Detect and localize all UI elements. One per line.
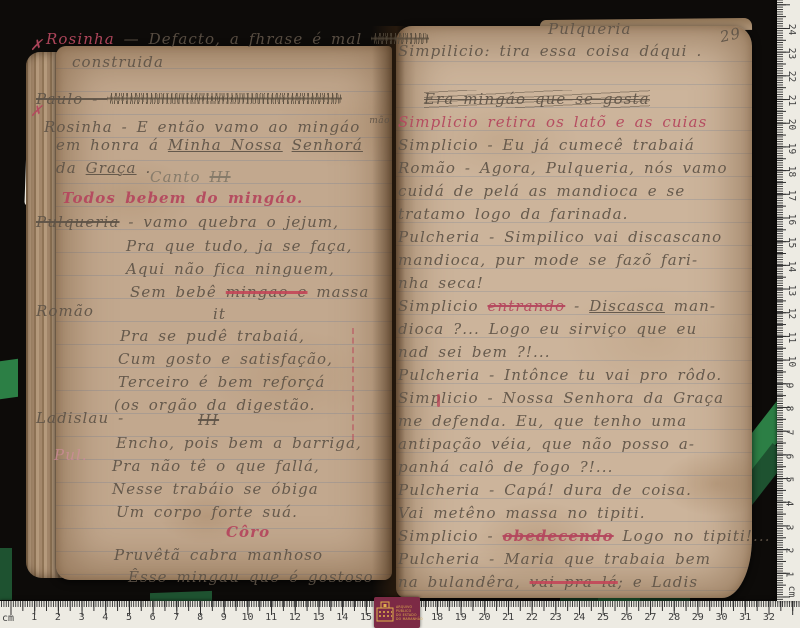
handwriting-text: Pul. bbox=[54, 446, 88, 464]
ruler-number: 3 bbox=[783, 524, 794, 530]
ruler-number: 4 bbox=[102, 612, 108, 623]
manuscript-line: Romão bbox=[36, 302, 94, 320]
manuscript-line: Era mingáo que se gosta bbox=[424, 90, 650, 108]
handwriting-text: Pra não tê o que fallá, bbox=[112, 457, 320, 475]
handwriting-text: Pulcheria - Intônce tu vai pro rôdo. bbox=[398, 366, 722, 384]
ruler-number: 27 bbox=[644, 612, 656, 623]
ruler-number: 6 bbox=[150, 612, 156, 623]
handwriting-text: Nesse trabáio se óbiga bbox=[112, 480, 319, 498]
manuscript-line: Pruvêtã cabra manhoso bbox=[114, 546, 323, 564]
ruler-number: 19 bbox=[786, 142, 797, 153]
handwriting-text: mingao e bbox=[226, 283, 308, 301]
manuscript-line: Simplicio retira os latõ e as cuias bbox=[398, 113, 707, 131]
ruler-number: 9 bbox=[783, 382, 794, 388]
handwriting-text: 29 bbox=[718, 24, 743, 46]
handwriting-text: Um corpo forte suá. bbox=[116, 503, 298, 521]
handwriting-text: Ladislau - bbox=[36, 409, 124, 427]
handwriting-text: ✗ bbox=[30, 36, 44, 54]
manuscript-line: Simplicio - Eu já cumecê trabaiá bbox=[398, 136, 695, 154]
handwriting-text: Simplicio - Nossa Senhora da Graça bbox=[398, 389, 724, 407]
manuscript-line: Côro bbox=[226, 523, 270, 541]
ruler-number: 12 bbox=[289, 612, 301, 623]
ruler-number: 7 bbox=[783, 430, 794, 436]
ruler-number: 6 bbox=[783, 453, 794, 459]
ruler-number: 21 bbox=[786, 95, 797, 106]
page-number: 29 bbox=[718, 24, 743, 46]
handwriting-text: obedecendo bbox=[503, 527, 614, 545]
ruler-number: 9 bbox=[221, 612, 227, 623]
handwriting-text: Pulqueria bbox=[548, 20, 632, 38]
ruler-number: 15 bbox=[786, 237, 797, 248]
manuscript-line: Canto III bbox=[150, 168, 231, 186]
archive-logo-text: ARQUIVO PÚBLICO DO ESTADO DO MARANHÃO bbox=[396, 605, 423, 621]
ruler-number: 11 bbox=[786, 332, 797, 343]
handwriting-text: - bbox=[565, 297, 589, 315]
handwriting-text: man- bbox=[665, 297, 716, 315]
manuscript-line: Sem bebê mingao e massa bbox=[130, 283, 369, 301]
handwriting-text: III bbox=[198, 411, 219, 429]
manuscript-line: construida bbox=[72, 53, 164, 71]
handwriting-text: Encho, pois bem a barriga, bbox=[116, 434, 362, 452]
handwriting-text: nad sei bem ?!... bbox=[398, 343, 551, 361]
ruler-number: 7 bbox=[173, 612, 179, 623]
handwriting-text: ✗ bbox=[30, 102, 44, 120]
handwriting-text: Cum gosto e satisfação, bbox=[118, 350, 333, 368]
handwriting-text: panhá calô de fogo ?!... bbox=[398, 458, 614, 476]
ruler-number: 8 bbox=[783, 406, 794, 412]
ruler-number: 24 bbox=[786, 24, 797, 35]
handwriting-text: III bbox=[210, 168, 231, 186]
handwriting-text: tratamo logo da farinada. bbox=[398, 205, 629, 223]
manuscript-line: it bbox=[213, 305, 226, 323]
ruler-number: 31 bbox=[739, 612, 751, 623]
manuscript-line: Simplicio - Nossa Senhora da Graça bbox=[398, 389, 724, 407]
ruler-number: 22 bbox=[526, 612, 538, 623]
handwriting-text: mão bbox=[369, 116, 390, 126]
handwriting-text: Pulcheria - Simpilico vai discascano bbox=[398, 228, 722, 246]
manuscript-line: Paulo - bbox=[36, 90, 342, 108]
handwriting-text: it bbox=[213, 305, 226, 323]
handwriting-layer: ✗Rosinha — Defacto, a fhrase é mal const… bbox=[0, 0, 800, 628]
archive-logo: ARQUIVO PÚBLICO DO ESTADO DO MARANHÃO bbox=[374, 597, 420, 628]
handwriting-text: Êsse mingau que é gostoso bbox=[128, 568, 374, 586]
handwriting-text: Rosinha bbox=[46, 30, 124, 48]
handwriting-text: Pulcheria - Capá! dura de coisa. bbox=[398, 481, 692, 499]
manuscript-line: Pulcheria - Simpilico vai discascano bbox=[398, 228, 722, 246]
handwriting-text: Pulqueria bbox=[36, 213, 120, 231]
ruler-number: 18 bbox=[786, 166, 797, 177]
ruler-number: 11 bbox=[265, 612, 277, 623]
ruler-number: 20 bbox=[478, 612, 490, 623]
manuscript-line: antipação véia, que não posso a- bbox=[398, 435, 695, 453]
handwriting-text: Simplicio - bbox=[398, 527, 503, 545]
manuscript-line: Um corpo forte suá. bbox=[116, 503, 298, 521]
manuscript-line: Pulcheria - Maria que trabaia bem bbox=[398, 550, 711, 568]
ruler-number: 12 bbox=[786, 308, 797, 319]
manuscript-line: mandioca, pur mode se fazõ fari- bbox=[398, 251, 698, 269]
ruler-number: 10 bbox=[241, 612, 253, 623]
handwriting-text: - vamo quebra o jejum, bbox=[120, 213, 340, 231]
manuscript-line: Simpilicio: tira essa coisa dáqui . bbox=[398, 42, 702, 60]
ruler-number: 10 bbox=[786, 356, 797, 367]
red-dashed-margin-line bbox=[352, 328, 354, 440]
handwriting-text: Senhorá bbox=[292, 136, 363, 154]
margin-x-mark: ✗ bbox=[30, 36, 44, 54]
ruler-number: 29 bbox=[692, 612, 704, 623]
manuscript-line: Todos bebem do mingáo. bbox=[62, 189, 303, 207]
manuscript-line: Pul. bbox=[54, 446, 88, 464]
handwriting-text: na bulandêra, bbox=[398, 573, 530, 591]
handwriting-text: Era mingáo que se gosta bbox=[424, 90, 650, 108]
ruler-unit-label: cm bbox=[786, 586, 797, 597]
manuscript-line: Pulqueria bbox=[548, 20, 632, 38]
ruler-number: 24 bbox=[573, 612, 585, 623]
ruler-number: 5 bbox=[783, 477, 794, 483]
handwriting-text: Vai metêno massa no tipiti. bbox=[398, 504, 646, 522]
handwriting-text: da bbox=[56, 159, 86, 177]
ruler-number: 28 bbox=[668, 612, 680, 623]
manuscript-line: da Graça . bbox=[56, 159, 151, 177]
ruler-number: 19 bbox=[455, 612, 467, 623]
handwriting-text: Pra se pudê trabaiá, bbox=[120, 327, 305, 345]
manuscript-line: Romão - Agora, Pulqueria, nós vamo bbox=[398, 159, 728, 177]
scribble-mark bbox=[107, 93, 342, 104]
ruler-number: 3 bbox=[79, 612, 85, 623]
ruler-number: 1 bbox=[31, 612, 37, 623]
ruler-number: 23 bbox=[550, 612, 562, 623]
ruler-number: 26 bbox=[621, 612, 633, 623]
scanned-manuscript-photo: ✗Rosinha — Defacto, a fhrase é mal const… bbox=[0, 0, 800, 628]
ruler-number: 22 bbox=[786, 71, 797, 82]
handwriting-text: Aqui não fica ninguem, bbox=[126, 260, 335, 278]
archive-building-icon bbox=[376, 600, 394, 626]
manuscript-line: Nesse trabáio se óbiga bbox=[112, 480, 319, 498]
ruler-unit-label: cm bbox=[2, 613, 14, 624]
handwriting-text: cuidá de pelá as mandioca e se bbox=[398, 182, 685, 200]
handwriting-text: Pulcheria - Maria que trabaia bem bbox=[398, 550, 711, 568]
ruler-number: 4 bbox=[783, 501, 794, 507]
manuscript-line: Ladislau - bbox=[36, 409, 124, 427]
handwriting-text: dioca ?... Logo eu sirviço que eu bbox=[398, 320, 697, 338]
handwriting-text: Paulo - bbox=[36, 90, 107, 108]
handwriting-text: vai pra lá bbox=[530, 573, 618, 591]
red-ink-tick bbox=[437, 394, 440, 407]
manuscript-line: Pulqueria - vamo quebra o jejum, bbox=[36, 213, 339, 231]
handwriting-text: Simplicio retira os latõ e as cuias bbox=[398, 113, 707, 131]
handwriting-text: entrando bbox=[488, 297, 566, 315]
ruler-number: 8 bbox=[197, 612, 203, 623]
manuscript-line: Pulcheria - Capá! dura de coisa. bbox=[398, 481, 692, 499]
ruler-number: 18 bbox=[431, 612, 443, 623]
ruler-number: 25 bbox=[597, 612, 609, 623]
ruler-number: 17 bbox=[786, 190, 797, 201]
handwriting-text: Canto bbox=[150, 168, 210, 186]
manuscript-line: Encho, pois bem a barriga, bbox=[116, 434, 362, 452]
handwriting-text: Pra que tudo, ja se faça, bbox=[126, 237, 353, 255]
manuscript-line: nha seca! bbox=[398, 274, 484, 292]
manuscript-line: Vai metêno massa no tipiti. bbox=[398, 504, 646, 522]
handwriting-text: — Defacto, a fhrase é mal bbox=[124, 30, 372, 48]
handwriting-text: Logo no tipiti!... bbox=[614, 527, 771, 545]
ruler-number: 14 bbox=[786, 261, 797, 272]
manuscript-line: Cum gosto e satisfação, bbox=[118, 350, 333, 368]
handwriting-text: Minha Nossa bbox=[168, 136, 283, 154]
ruler-number: 2 bbox=[783, 548, 794, 554]
manuscript-line: na bulandêra, vai pra lá; e Ladis bbox=[398, 573, 698, 591]
manuscript-line: nad sei bem ?!... bbox=[398, 343, 551, 361]
ruler-number: 30 bbox=[715, 612, 727, 623]
handwriting-text: Romão bbox=[36, 302, 94, 320]
manuscript-line: Pra se pudê trabaiá, bbox=[120, 327, 305, 345]
manuscript-line: tratamo logo da farinada. bbox=[398, 205, 629, 223]
margin-x-mark: ✗ bbox=[30, 102, 44, 120]
manuscript-line: Aqui não fica ninguem, bbox=[126, 260, 335, 278]
handwriting-text: Simplicio - Eu já cumecê trabaiá bbox=[398, 136, 695, 154]
handwriting-text: Todos bebem do mingáo. bbox=[62, 189, 303, 207]
manuscript-line: dioca ?... Logo eu sirviço que eu bbox=[398, 320, 697, 338]
manuscript-line: Rosinha — Defacto, a fhrase é mal bbox=[46, 30, 429, 48]
ruler-number: 32 bbox=[763, 612, 775, 623]
handwriting-text bbox=[283, 136, 292, 154]
handwriting-text: Simplicio bbox=[398, 297, 488, 315]
ruler-number: 5 bbox=[126, 612, 132, 623]
ruler-number: 15 bbox=[360, 612, 372, 623]
handwriting-text: massa bbox=[307, 283, 369, 301]
manuscript-line: Terceiro é bem reforçá bbox=[118, 373, 325, 391]
handwriting-text: me defenda. Eu, que tenho uma bbox=[398, 412, 687, 430]
ruler-number: 13 bbox=[786, 284, 797, 295]
handwriting-text: Simpilicio: tira essa coisa dáqui . bbox=[398, 42, 702, 60]
handwriting-text: Terceiro é bem reforçá bbox=[118, 373, 325, 391]
handwriting-text: Sem bebê bbox=[130, 283, 226, 301]
handwriting-text: antipação véia, que não posso a- bbox=[398, 435, 695, 453]
archive-logo-line: DO MARANHÃO bbox=[396, 617, 423, 621]
handwriting-text: Côro bbox=[226, 523, 270, 541]
handwriting-text: Graça bbox=[86, 159, 137, 177]
manuscript-line: Rosinha - E então vamo ao mingáo mão bbox=[44, 112, 390, 136]
manuscript-line: me defenda. Eu, que tenho uma bbox=[398, 412, 687, 430]
manuscript-line: Pra que tudo, ja se faça, bbox=[126, 237, 353, 255]
ruler-number: 14 bbox=[336, 612, 348, 623]
ruler-number: 16 bbox=[786, 213, 797, 224]
ruler-number: 21 bbox=[502, 612, 514, 623]
manuscript-line: Simplicio entrando - Discasca man- bbox=[398, 297, 716, 315]
handwriting-text: construida bbox=[72, 53, 164, 71]
handwriting-text: ; e Ladis bbox=[618, 573, 698, 591]
manuscript-line: Pra não tê o que fallá, bbox=[112, 457, 320, 475]
ruler-number: 2 bbox=[55, 612, 61, 623]
ruler-number: 13 bbox=[313, 612, 325, 623]
handwriting-text: Discasca bbox=[589, 297, 665, 315]
manuscript-line: em honra á Minha Nossa Senhorá bbox=[56, 136, 363, 154]
handwriting-text: nha seca! bbox=[398, 274, 484, 292]
handwriting-text: mandioca, pur mode se fazõ fari- bbox=[398, 251, 698, 269]
manuscript-line: Êsse mingau que é gostoso bbox=[128, 568, 374, 586]
handwriting-text: Pruvêtã cabra manhoso bbox=[114, 546, 323, 564]
manuscript-line: Simplicio - obedecendo Logo no tipiti!..… bbox=[398, 527, 771, 545]
vertical-cm-ruler: 242322212019181716151413121110987654321c… bbox=[777, 0, 800, 601]
manuscript-line: Pulcheria - Intônce tu vai pro rôdo. bbox=[398, 366, 722, 384]
handwriting-text: Rosinha - E então vamo ao mingáo bbox=[44, 118, 369, 136]
manuscript-line: panhá calô de fogo ?!... bbox=[398, 458, 614, 476]
ruler-number: 20 bbox=[786, 119, 797, 130]
handwriting-text: em honra á bbox=[56, 136, 168, 154]
ruler-number: 23 bbox=[786, 47, 797, 58]
manuscript-line: III bbox=[198, 411, 219, 429]
manuscript-line: cuidá de pelá as mandioca e se bbox=[398, 182, 685, 200]
ruler-number: 1 bbox=[783, 572, 794, 578]
handwriting-text: Romão - Agora, Pulqueria, nós vamo bbox=[398, 159, 728, 177]
